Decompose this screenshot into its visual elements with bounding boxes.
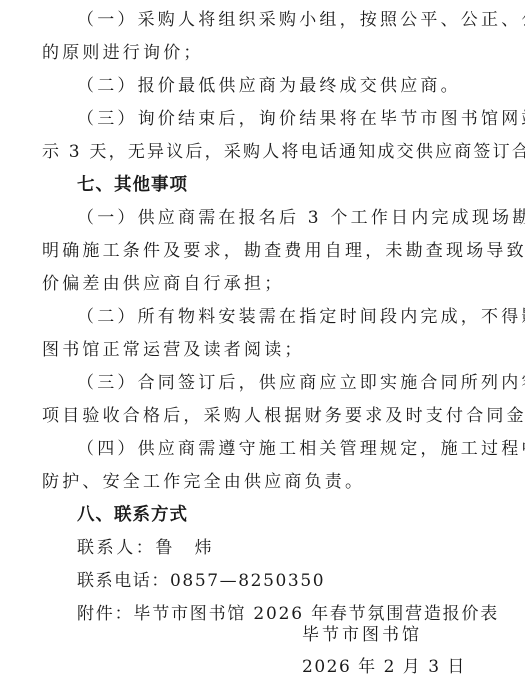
section-heading-contact: 八、联系方式 — [77, 504, 188, 526]
paragraph-line: （二）报价最低供应商为最终成交供应商。 — [77, 75, 461, 97]
paragraph-line: （二）所有物料安装需在指定时间段内完成，不得影响 — [77, 306, 525, 328]
signature-date: 2026 年 2 月 3 日 — [302, 652, 466, 677]
signature-organization: 毕节市图书馆 — [302, 620, 422, 645]
contact-person: 联系人：鲁 炜 — [77, 537, 214, 559]
section-heading-other-matters: 七、其他事项 — [77, 174, 188, 196]
paragraph-line: （一）供应商需在报名后 3 个工作日内完成现场勘查， — [77, 207, 525, 229]
paragraph-line: （三）合同签订后，供应商应立即实施合同所列内容， — [77, 372, 525, 394]
paragraph-line: 防护、安全工作完全由供应商负责。 — [42, 471, 365, 493]
paragraph-line: 图书馆正常运营及读者阅读； — [42, 339, 305, 361]
paragraph-line: （三）询价结束后，询价结果将在毕节市图书馆网站公 — [77, 108, 525, 130]
paragraph-line: （一）采购人将组织采购小组，按照公平、公正、公开 — [77, 9, 525, 31]
attachment-line: 附件：毕节市图书馆 2026 年春节氛围营造报价表 — [77, 603, 499, 625]
paragraph-line: 的原则进行询价； — [42, 42, 204, 64]
contact-phone: 联系电话：0857—8250350 — [77, 570, 325, 592]
paragraph-line: 价偏差由供应商自行承担； — [42, 273, 284, 295]
paragraph-line: 示 3 天，无异议后，采购人将电话通知成交供应商签订合同。 — [42, 141, 525, 163]
paragraph-line: 明确施工条件及要求，勘查费用自理，未勘查现场导致的报 — [42, 240, 525, 262]
paragraph-line: 项目验收合格后，采购人根据财务要求及时支付合同金额； — [42, 405, 525, 427]
paragraph-line: （四）供应商需遵守施工相关管理规定，施工过程中的 — [77, 438, 525, 460]
